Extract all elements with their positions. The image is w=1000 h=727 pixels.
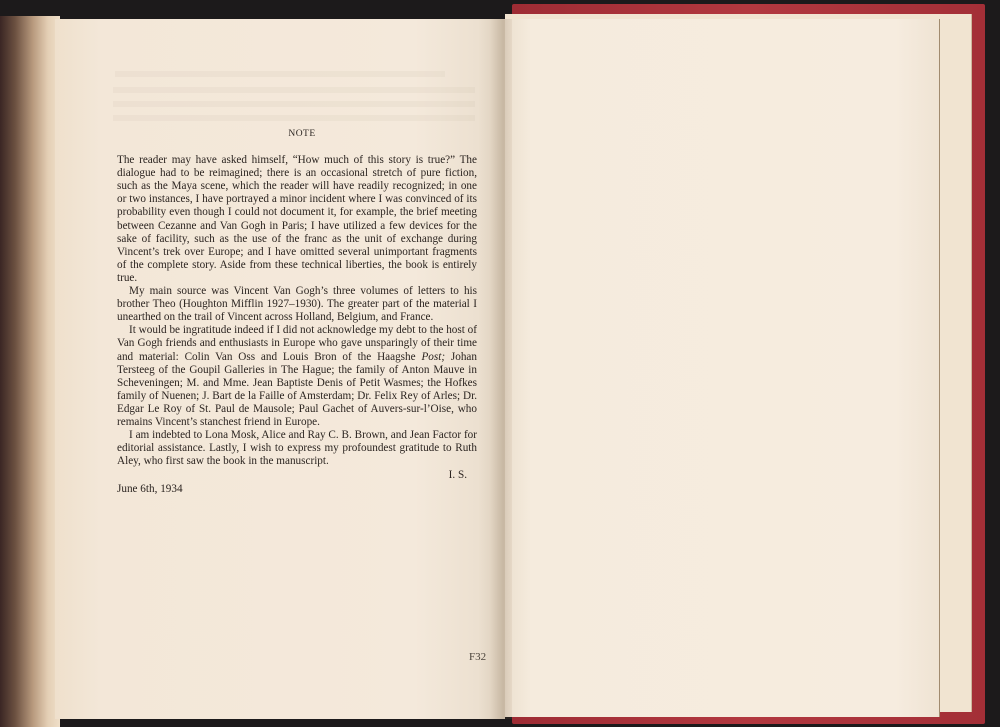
note-date: June 6th, 1934 xyxy=(117,483,477,496)
bleed-through-line xyxy=(113,87,475,93)
bleed-through-line xyxy=(115,71,445,77)
gutter-shadow xyxy=(490,19,512,719)
note-text-block: NOTE The reader may have asked himself, … xyxy=(117,128,477,497)
right-page-blank xyxy=(505,19,940,717)
paragraph-1: The reader may have asked himself, “How … xyxy=(117,154,477,285)
note-heading: NOTE xyxy=(117,128,477,141)
book-left-edge xyxy=(0,16,60,727)
signature-initials: I. S. xyxy=(117,469,477,482)
paragraph-4: I am indebted to Lona Mosk, Alice and Ra… xyxy=(117,429,477,468)
bleed-through-line xyxy=(113,101,475,107)
paragraph-3-italic: Post; xyxy=(421,351,445,363)
paragraph-3: It would be ingratitude indeed if I did … xyxy=(117,324,477,429)
paragraph-2: My main source was Vincent Van Gogh’s th… xyxy=(117,285,477,324)
bleed-through-line xyxy=(113,115,475,121)
signature-mark: F32 xyxy=(469,651,486,663)
